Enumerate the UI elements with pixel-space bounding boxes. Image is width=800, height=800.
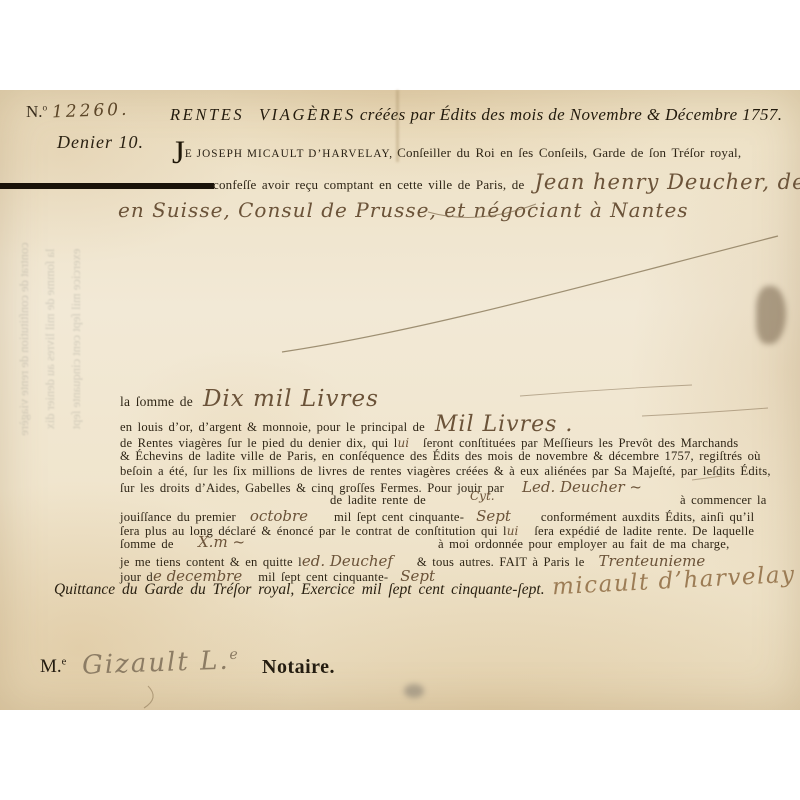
- number-superscript: o: [43, 103, 48, 113]
- printed-text: ſera plus au long déclaré & énoncé par l…: [120, 524, 507, 538]
- treasurer-name: E JOSEPH MICAULT D’HARVELAY,: [185, 148, 393, 160]
- document-number-value: 12260.: [52, 100, 130, 123]
- intro-line-2: confeſſe avoir reçu comptant en cette vi…: [213, 170, 800, 194]
- beneficiary-handwritten: Led. Deucher ~: [522, 478, 642, 496]
- gray-mark-bottom: [404, 684, 424, 698]
- payer-name-handwritten: Jean henry Deucher, de bâle: [534, 170, 800, 194]
- header-rule: [0, 183, 214, 189]
- dropcap-J: J: [172, 135, 185, 171]
- printed-text: ſera expédié de ladite rente. De laquell…: [534, 524, 754, 538]
- notary-name: Gizault L.: [82, 646, 231, 681]
- intro-line-1: JE JOSEPH MICAULT D’HARVELAY, Conſeiller…: [172, 144, 741, 162]
- sum-handwritten: Dix mil Livres: [203, 386, 379, 412]
- body-line-5: beſoin a été, ſur les ſix millions de li…: [120, 464, 771, 479]
- quittance-line: Quittance du Garde du Tréſor royal, Exer…: [54, 581, 545, 599]
- printed-text: ſur les droits d’Aides, Gabelles & cinq …: [120, 481, 504, 495]
- printed-text: ſeront conſtituées par Meſſieurs les Pre…: [423, 436, 738, 450]
- denier-label: Denier 10.: [57, 132, 144, 153]
- body-line-10-left: ſomme de: [120, 537, 174, 552]
- title-rest: créées par Édits des mois de Novembre & …: [360, 105, 783, 124]
- printed-text: de Rentes viagères ſur le pied du denier…: [120, 436, 397, 450]
- body-line-4: & Échevins de ladite ville de Paris, en …: [120, 449, 761, 464]
- verso-bleedthrough: contrat de conſtitution de rente viagère…: [0, 300, 250, 378]
- body-line-1: la ſomme de Dix mil Livres: [120, 386, 379, 412]
- title-caps: RENTES VIAGÈRES: [170, 105, 356, 124]
- body-line-10-right: à moi ordonnée pour employer au fait de …: [438, 537, 729, 552]
- sum-abbrev-handwritten: X.m ~: [198, 533, 245, 551]
- notary-name-handwritten: Gizault L.e: [82, 645, 241, 680]
- intro-text: Conſeiller du Roi en ſes Conſeils, Garde…: [397, 145, 741, 160]
- void-stroke-flourish: [282, 236, 778, 352]
- printed-text: en louis d’or, d’argent & monnoie, pour …: [120, 420, 425, 434]
- hw-insert: ui: [507, 524, 519, 538]
- verso-line: exercice mil ſept cent cinquante ſept: [63, 139, 89, 539]
- hw-insert: ui: [397, 436, 409, 450]
- ink-smudge-right: [756, 286, 786, 344]
- document-scan: contrat de conſtitution de rente viagère…: [0, 90, 800, 710]
- amount-strike-1: [520, 385, 692, 396]
- notary-superscript: e: [229, 647, 240, 663]
- printed-text: la ſomme de: [120, 394, 193, 409]
- verso-line: contrat de conſtitution de rente viagère: [11, 139, 37, 539]
- body-line-7-right: à commencer la: [680, 493, 767, 508]
- intro-text: confeſſe avoir reçu comptant en cette vi…: [213, 177, 524, 192]
- page: { "header": { "no_prefix": "N.", "no_sup…: [0, 0, 800, 800]
- document-title: RENTES VIAGÈRES créées par Édits des moi…: [170, 105, 782, 125]
- number-prefix: N.: [26, 102, 43, 121]
- body-line-7-left: de ladite rente de: [330, 493, 426, 508]
- paper-crease: [396, 90, 399, 162]
- maitre-superscript: e: [62, 657, 67, 668]
- notaire-label: Notaire.: [262, 656, 335, 679]
- rente-amount-handwritten: Cyt.: [470, 489, 495, 503]
- verso-bleedthrough-text: contrat de conſtitution de rente viagère…: [11, 139, 89, 539]
- document-number-label: N.o: [26, 102, 47, 122]
- descender-flourish: [144, 686, 153, 708]
- notary-prefix: M.e: [40, 656, 66, 678]
- maitre-abbrev: M.: [40, 656, 62, 677]
- verso-line: la ſomme de mil livres au denier dix: [37, 139, 63, 539]
- payer-name-handwritten-2: en Suisse, Consul de Prusse, et négocian…: [118, 198, 689, 222]
- amount-strike-2: [642, 408, 768, 416]
- printed-text: & tous autres. FAIT à Paris le: [417, 555, 585, 569]
